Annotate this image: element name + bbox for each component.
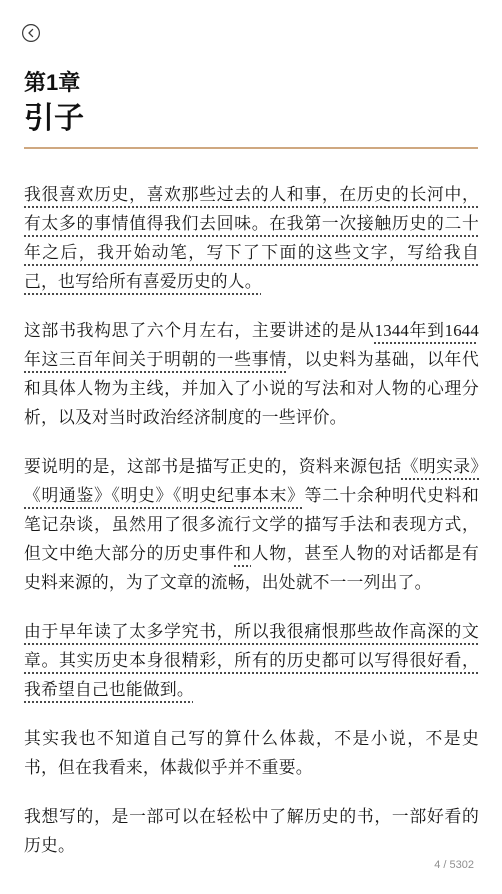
reader-footer: 4 / 5302 <box>434 859 474 871</box>
chapter-title: 引子 <box>24 101 478 137</box>
highlighted-text[interactable]: 和 <box>234 544 252 563</box>
paragraph: 我很喜欢历史，喜欢那些过去的人和事，在历史的长河中，有太多的事情值得我们去回味。… <box>24 180 479 296</box>
paragraph: 这部书我构思了六个月左右，主要讲述的是从1344年到1644年这三百年间关于明朝… <box>24 316 479 432</box>
paragraph: 由于早年读了太多学究书，所以我很痛恨那些故作高深的文章。其实历史本身很精彩，所有… <box>24 617 479 704</box>
back-button[interactable] <box>21 23 41 43</box>
chapter-header: 第1章 引子 <box>24 70 478 137</box>
chapter-number: 第1章 <box>24 70 478 96</box>
highlighted-text[interactable]: 由于早年读了太多学究书，所以我很痛恨那些故作高深的文章。其实历史本身很精彩，所有… <box>24 622 479 699</box>
chevron-left-circle-icon <box>21 31 41 46</box>
paragraph: 其实我也不知道自己写的算什么体裁，不是小说，不是史书，但在我看来，体裁似乎并不重… <box>24 724 479 782</box>
reader-page[interactable]: 第1章 引子 我很喜欢历史，喜欢那些过去的人和事，在历史的长河中，有太多的事情值… <box>0 0 502 894</box>
page-indicator: 4 / 5302 <box>434 859 474 871</box>
highlighted-text[interactable]: 我很喜欢历史，喜欢那些过去的人和事，在历史的长河中，有太多的事情值得我们去回味。… <box>24 185 479 291</box>
body-text: 我想写的，是一部可以在轻松中了解历史的书，一部好看的历史。 <box>24 807 479 855</box>
body-text: 要说明的是，这部书是描写正史的，资料来源包括 <box>24 457 402 476</box>
chapter-content[interactable]: 我很喜欢历史，喜欢那些过去的人和事，在历史的长河中，有太多的事情值得我们去回味。… <box>24 149 479 860</box>
body-text: 其实我也不知道自己写的算什么体裁，不是小说，不是史书，但在我看来，体裁似乎并不重… <box>24 729 479 777</box>
paragraph: 我想写的，是一部可以在轻松中了解历史的书，一部好看的历史。 <box>24 802 479 860</box>
reader-topbar <box>0 0 502 44</box>
paragraph: 要说明的是，这部书是描写正史的，资料来源包括《明实录》《明通鉴》《明史》《明史纪… <box>24 452 479 597</box>
body-text: 这部书我构思了六个月左右，主要讲述的是从 <box>24 321 375 340</box>
